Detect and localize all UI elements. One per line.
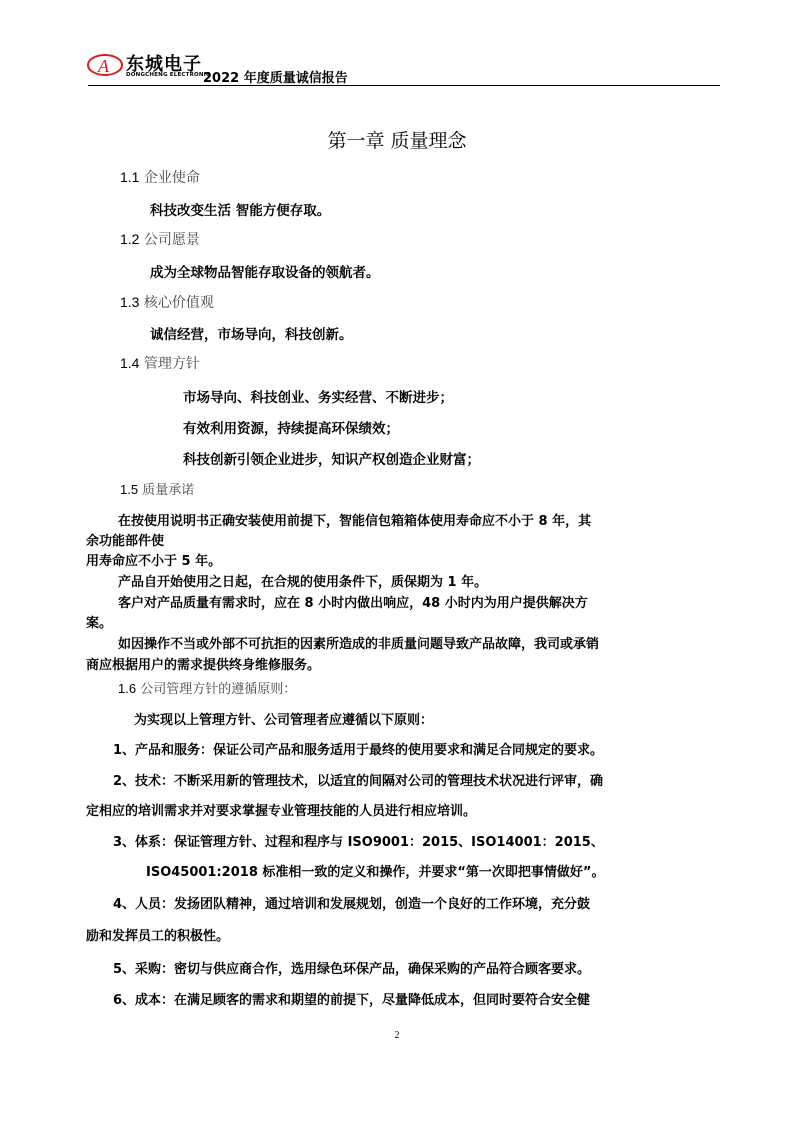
principle-6-line-1: 6、成本：在满足顾客的需求和期望的前提下，尽量降低成本，但同时要符合安全健 (113, 989, 590, 1008)
policy-line-3: 科技创新引领企业进步，知识产权创造企业财富； (183, 448, 480, 468)
section-heading-1-6: 1.6 公司管理方针的遵循原则： (118, 678, 296, 697)
policy-line-1: 市场导向、科技创业、务实经营、不断进步； (183, 386, 453, 406)
report-title: 2022 年度质量诚信报告 (203, 67, 348, 86)
principle-5: 5、采购：密切与供应商合作，选用绿色环保产品，确保采购的产品符合顾客要求。 (113, 958, 590, 977)
values-text: 诚信经营，市场导向，科技创新。 (150, 323, 353, 343)
principle-2-line-2: 定相应的培训需求并对要求掌握专业管理技能的人员进行相应培训。 (86, 800, 476, 819)
promise-line-1: 在按使用说明书正确安装使用前提下，智能信包箱箱体使用寿命应不小于 8 年，其 (118, 510, 591, 529)
company-logo-icon: A (86, 52, 124, 78)
promise-line-4: 产品自开始使用之日起，在合规的使用条件下，质保期为 1 年。 (118, 571, 487, 590)
promise-line-6: 案。 (86, 612, 112, 631)
principle-4-line-1: 4、人员：发扬团队精神，通过培训和发展规划，创造一个良好的工作环境，充分鼓 (113, 893, 590, 912)
principles-intro: 为实现以上管理方针、公司管理者应遵循以下原则： (134, 709, 433, 728)
mission-text: 科技改变生活 智能方便存取。 (150, 199, 330, 219)
promise-line-7: 如因操作不当或外部不可抗拒的因素所造成的非质量问题导致产品故障，我司或承销 (118, 633, 599, 652)
principle-1: 1、产品和服务：保证公司产品和服务适用于最终的使用要求和满足合同规定的要求。 (113, 739, 603, 758)
promise-line-5: 客户对产品质量有需求时，应在 8 小时内做出响应，48 小时内为用户提供解决方 (118, 592, 588, 611)
svg-text:A: A (97, 56, 110, 76)
policy-line-2: 有效利用资源，持续提高环保绩效； (183, 417, 399, 437)
section-heading-1-4: 1.4 管理方针 (120, 353, 200, 373)
promise-line-8: 商应根据用户的需求提供终身维修服务。 (86, 654, 320, 673)
section-heading-1-3: 1.3 核心价值观 (120, 292, 214, 312)
section-heading-1-2: 1.2 公司愿景 (120, 229, 200, 249)
principle-4-line-2: 励和发挥员工的积极性。 (86, 925, 229, 944)
chapter-title: 第一章 质量理念 (0, 126, 794, 153)
section-heading-1-5: 1.5 质量承诺 (120, 479, 194, 498)
brand-name-en: DONGCHENG ELECTRONIC (126, 72, 210, 78)
page-number: 2 (0, 1030, 794, 1041)
vision-text: 成为全球物品智能存取设备的领航者。 (150, 261, 380, 281)
principle-3-line-2: ISO45001:2018 标准相一致的定义和操作，并要求“第一次即把事情做好”… (146, 861, 604, 880)
header-divider (88, 85, 720, 86)
promise-line-2: 余功能部件使 (86, 530, 164, 549)
principle-2-line-1: 2、技术：不断采用新的管理技术，以适宜的间隔对公司的管理技术状况进行评审，确 (113, 770, 603, 789)
section-heading-1-1: 1.1 企业使命 (120, 167, 200, 187)
promise-line-3: 用寿命应不小于 5 年。 (86, 550, 221, 569)
principle-3-line-1: 3、体系：保证管理方针、过程和程序与 ISO9001：2015、ISO14001… (113, 831, 604, 850)
